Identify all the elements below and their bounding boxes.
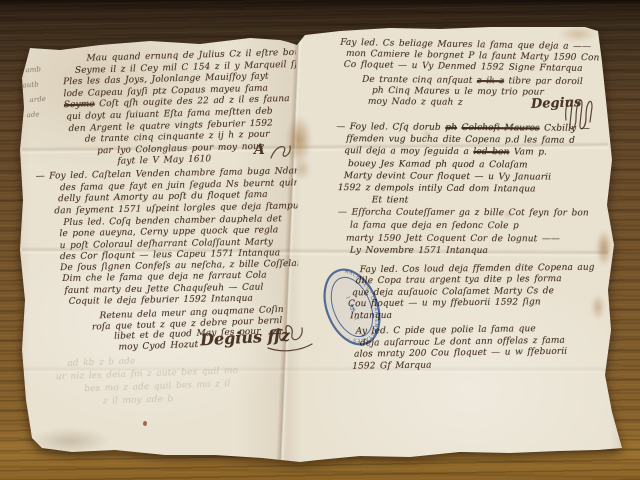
text-segment: Coquit le deja feburier 1592 Intanqua [69, 294, 253, 307]
text-segment: De trante cinq anſquat [362, 75, 477, 86]
text-segment: 1592 Gf Marqua [352, 360, 431, 371]
manuscript-line: — Eſforcha Couteſſamer ga z bille Cot fe… [338, 207, 600, 221]
text-segment: Cxbilly — [540, 123, 590, 133]
manuscript-line: la fama que deja en ſedonc Cole p [350, 219, 600, 233]
closing-initial: A [254, 142, 265, 158]
text-segment: amb [25, 65, 41, 74]
struck-text: Seyme [64, 100, 95, 111]
struck-text: Colchofi Maures [461, 123, 539, 134]
ink-fleck [143, 421, 147, 426]
right-paragraph-1: Fay led. Cs beliage Maures la fama que d… [336, 38, 600, 76]
text-segment: ade [26, 110, 40, 119]
text-segment: ad kb z b ade [67, 356, 135, 368]
corner-shading [30, 428, 110, 454]
struck-text: z ik z [477, 76, 504, 86]
bleedthrough-text: ad kb z b adeur niz les deia fm z aute b… [55, 350, 301, 410]
text-segment: 1592 z dempols intily Cad dom Intanqua [338, 183, 536, 194]
text-segment: dile Copa trau argent tya dite p les for… [356, 274, 562, 286]
text-segment: Vam p. [509, 148, 547, 158]
struck-text: led bon [473, 147, 509, 157]
right-paragraph-3: — Foy led. Cſq dorub ph Colchofi Maures … [336, 121, 602, 208]
text-segment: marty 1590 Jett Coquent Cor de lognut —— [346, 233, 560, 244]
text-segment: ph Cinq Maures u le moy trio pour [372, 86, 544, 98]
text-segment: arde [29, 95, 46, 104]
left-paragraph-2: — Foy led. Caſtelan Venden chambre fama … [36, 166, 298, 217]
text-segment: moy Nado z quah z [368, 96, 463, 107]
right-paragraph-4: — Eſforcha Couteſſamer ga z bille Cot fe… [338, 207, 600, 259]
text-segment: — Eſforcha Couteſſamer ga z bille Cot fe… [338, 208, 589, 219]
text-segment: autb [22, 80, 39, 89]
text-segment: moy Cyod Hozut [118, 339, 198, 352]
left-margin-notes: ambautbardeade [21, 61, 67, 124]
manuscript-line: marty 1590 Jett Coquent Cor de lognut —— [346, 232, 600, 246]
text-segment: Ly Novembre 1571 Intanqua [350, 246, 488, 256]
text-segment: fayt le V May 1610 [117, 155, 211, 168]
manuscript-sheet: ambautbardeade Mau quand ernunq de Juliu… [0, 0, 640, 480]
text-segment: Et tient [372, 196, 409, 206]
text-segment: bouey Jes Kamad ph quod a Colaſam [348, 159, 528, 170]
paraph-flourish [268, 140, 294, 166]
text-segment: z il moy ade b [103, 394, 174, 406]
text-segment: que deja auſauoic Colaſamet Marty Cs de [352, 286, 554, 298]
paper-surface: ambautbardeade Mau quand ernunq de Juliu… [0, 0, 640, 480]
text-segment: la fama que deja en ſedonc Cole p [350, 220, 519, 231]
text-segment: Marty devint Cour floquet — u Vy Januari… [344, 171, 551, 182]
struck-text: ph [445, 123, 457, 133]
manuscript-line: Ly Novembre 1571 Intanqua [350, 245, 600, 259]
left-paragraph-3: Plus led. Coſq benden chamber dauphela d… [59, 214, 299, 309]
edge-stain [558, 26, 598, 42]
photograph: ambautbardeade Mau quand ernunq de Juliu… [0, 0, 640, 480]
manuscript-line: ade [26, 105, 67, 123]
text-segment: alos mraty 200 Cou floquet — u w ffebuor… [354, 347, 567, 360]
text-segment: ffemden vug bucha dite Copena p.d les fa… [346, 134, 575, 146]
text-segment: tibre par doroil [504, 76, 583, 87]
text-segment: quil deja a moy ſeguida a [344, 147, 473, 158]
text-segment: — Foy led. Cſq dorub [336, 122, 445, 133]
